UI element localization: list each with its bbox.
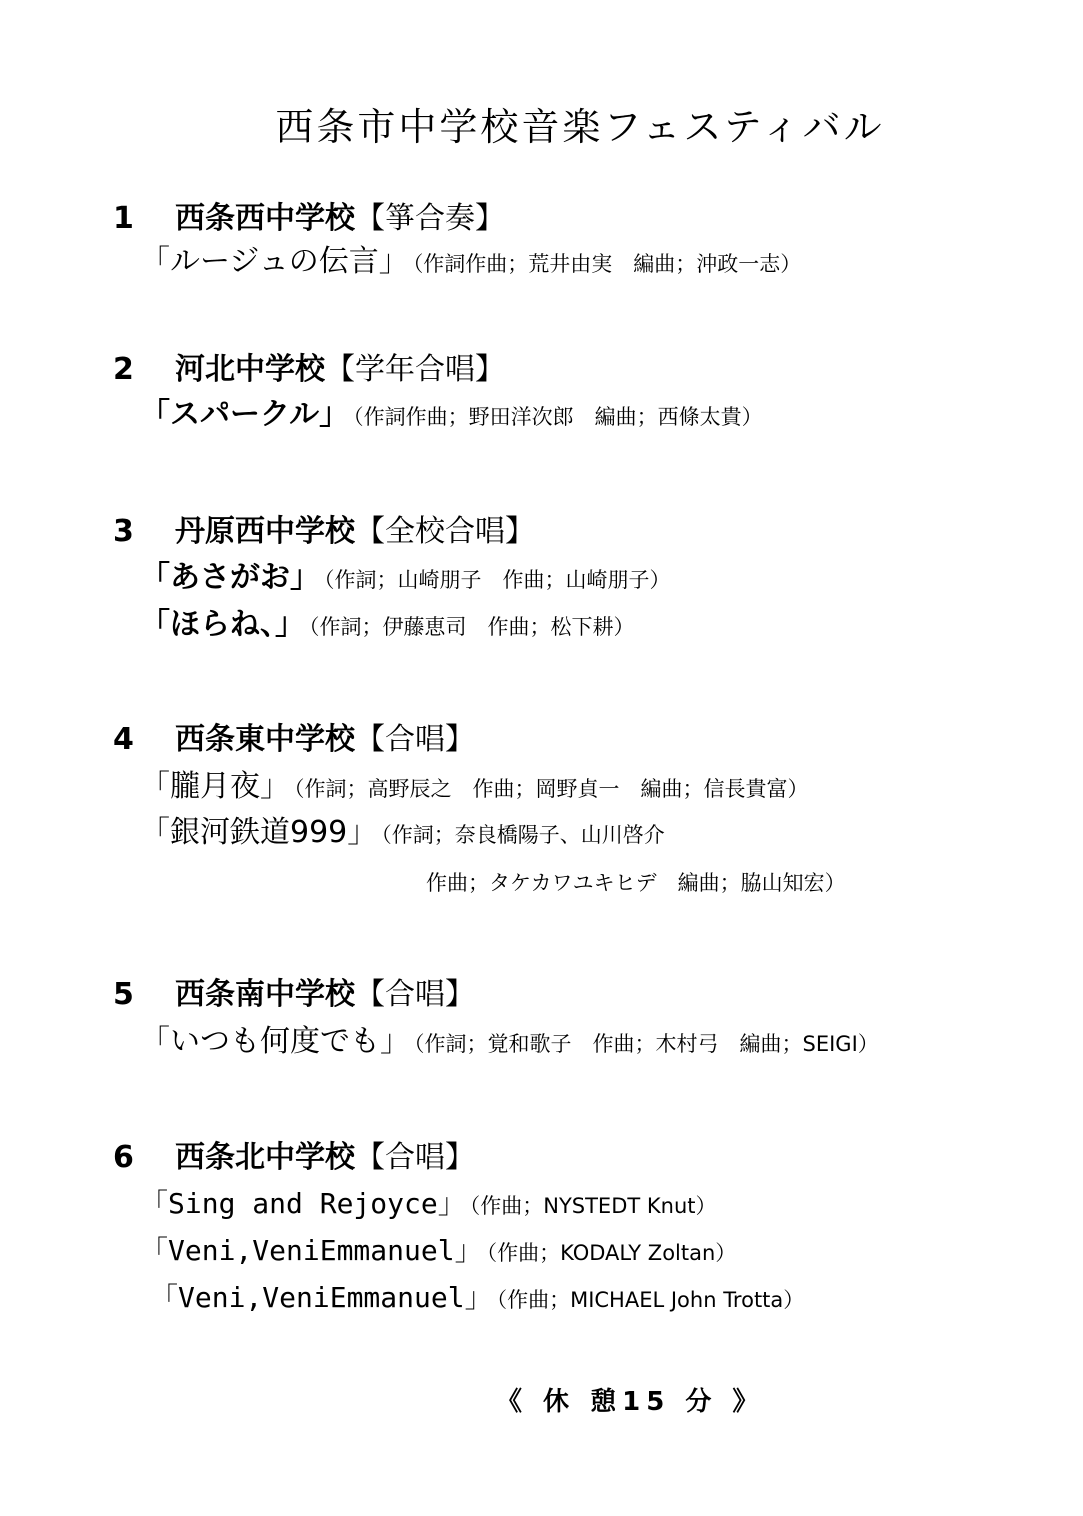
song-credit: （作詞；山崎朋子 作曲；山崎朋子） [324, 568, 671, 592]
performance-category: 【全校合唱】 [355, 514, 535, 549]
entry-heading-6: 6西条北中学校【合唱】 [113, 1143, 475, 1173]
performance-category: 【合唱】 [355, 722, 475, 757]
song-credit: （作曲；MICHAEL John Trotta） [497, 1288, 805, 1312]
song-credit-continued: 作曲；タケカワユキヒデ 編曲；脇山知宏） [422, 866, 846, 896]
song-credit: （作詞；奈良橋陽子、山川啓介 [381, 823, 665, 847]
song-title: 「ほらね、」 [140, 607, 305, 642]
song-title: 「朧月夜」 [140, 769, 290, 804]
song-title: 「ルージュの伝言」 [140, 244, 409, 279]
entry-number: 2 [113, 355, 175, 385]
performance-category: 【学年合唱】 [325, 352, 505, 387]
school-name: 西条東中学校 [175, 722, 355, 757]
entry-heading-4: 4西条東中学校【合唱】 [113, 725, 475, 755]
performance-category: 【合唱】 [355, 977, 475, 1012]
school-name: 西条北中学校 [175, 1140, 355, 1175]
song-title: 「スパークル」 [140, 397, 349, 432]
song-credit: （作詞作曲；野田洋次郎 編曲；西條太貴） [353, 405, 763, 429]
song-title: 「銀河鉄道999」 [140, 815, 377, 850]
entry-number: 3 [113, 517, 175, 547]
song-line: 「あさがお」（作詞；山崎朋子 作曲；山崎朋子） [140, 563, 671, 593]
song-title: 「いつも何度でも」 [140, 1024, 410, 1059]
performance-category: 【箏合奏】 [355, 201, 505, 236]
song-credit: （作詞；高野辰之 作曲；岡野貞一 編曲；信長貴富） [294, 777, 809, 801]
song-credit: （作詞作曲；荒井由実 編曲；沖政一志） [413, 252, 802, 276]
song-line: 「ほらね、」（作詞；伊藤恵司 作曲；松下耕） [140, 610, 635, 640]
song-title: 「あさがお」 [140, 560, 320, 595]
entry-heading-1: 1西条西中学校【箏合奏】 [113, 204, 505, 234]
song-line: 「ルージュの伝言」（作詞作曲；荒井由実 編曲；沖政一志） [140, 247, 801, 277]
song-line: 「いつも何度でも」（作詞；覚和歌子 作曲；木村弓 編曲；SEIGI） [140, 1027, 879, 1057]
entry-heading-5: 5西条南中学校【合唱】 [113, 980, 475, 1010]
song-credit: （作曲；KODALY Zoltan） [487, 1241, 737, 1265]
entry-heading-3: 3丹原西中学校【全校合唱】 [113, 517, 535, 547]
song-line: 「朧月夜」（作詞；高野辰之 作曲；岡野貞一 編曲；信長貴富） [140, 772, 809, 802]
entry-number: 4 [113, 725, 175, 755]
school-name: 河北中学校 [175, 352, 325, 387]
song-credit: （作詞；伊藤恵司 作曲；松下耕） [309, 615, 635, 639]
entry-number: 5 [113, 980, 175, 1010]
song-title: 「Veni,VeniEmmanuel」 [140, 1234, 483, 1267]
school-name: 丹原西中学校 [175, 514, 355, 549]
song-line: 「Veni,VeniEmmanuel」（作曲；KODALY Zoltan） [140, 1236, 736, 1266]
school-name: 西条西中学校 [175, 201, 355, 236]
song-line: 「スパークル」（作詞作曲；野田洋次郎 編曲；西條太貴） [140, 400, 763, 430]
song-line: 「銀河鉄道999」（作詞；奈良橋陽子、山川啓介 [140, 818, 665, 848]
song-line: 「Sing and Rejoyce」（作曲；NYSTEDT Knut） [140, 1189, 717, 1219]
entry-number: 1 [113, 204, 175, 234]
school-name: 西条南中学校 [175, 977, 355, 1012]
song-line: 「Veni,VeniEmmanuel」（作曲；MICHAEL John Trot… [150, 1283, 804, 1313]
song-credit: 作曲；タケカワユキヒデ 編曲；脇山知宏） [426, 871, 846, 895]
song-credit: （作曲；NYSTEDT Knut） [470, 1194, 717, 1218]
entry-heading-2: 2河北中学校【学年合唱】 [113, 355, 505, 385]
intermission-note: 《 休 憩15 分 》 [496, 1381, 764, 1418]
song-credit: （作詞；覚和歌子 作曲；木村弓 編曲；SEIGI） [414, 1032, 879, 1056]
song-title: 「Sing and Rejoyce」 [140, 1187, 466, 1220]
entry-number: 6 [113, 1143, 175, 1173]
performance-category: 【合唱】 [355, 1140, 475, 1175]
page-title: 西条市中学校音楽フェスティバル [0, 96, 1083, 151]
song-title: 「Veni,VeniEmmanuel」 [150, 1281, 493, 1314]
